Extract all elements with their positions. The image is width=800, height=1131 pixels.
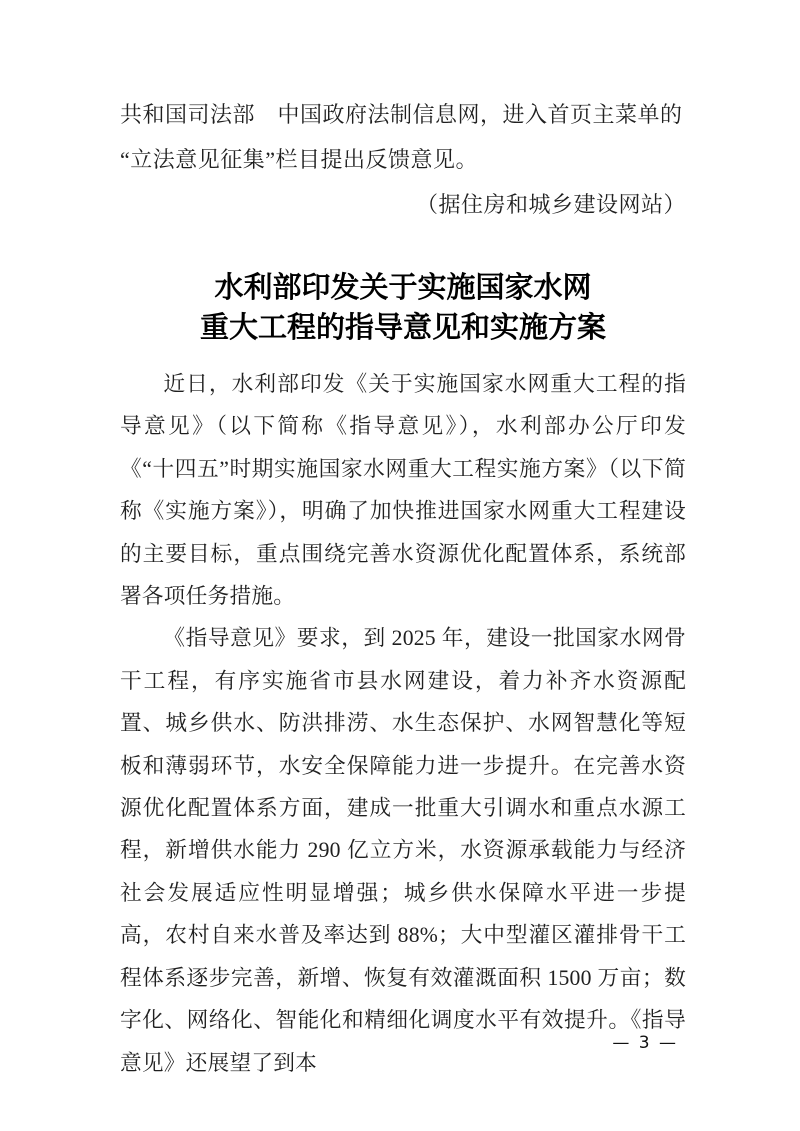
intro-continuation-line-2: “立法意见征集”栏目提出反馈意见。 <box>120 137 686 182</box>
intro-continuation-line-1: 共和国司法部 中国政府法制信息网，进入首页主菜单的 <box>120 92 686 137</box>
page-number: — 3 — <box>612 1032 678 1054</box>
document-page: 共和国司法部 中国政府法制信息网，进入首页主菜单的 “立法意见征集”栏目提出反馈… <box>0 0 800 1131</box>
article-title-line-1: 水利部印发关于实施国家水网 <box>120 267 686 307</box>
article-paragraph-2: 《指导意见》要求，到 2025 年，建设一批国家水网骨干工程，有序实施省市县水网… <box>120 617 686 1083</box>
source-attribution: （据住房和城乡建设网站） <box>120 182 686 227</box>
article-title-line-2: 重大工程的指导意见和实施方案 <box>120 307 686 347</box>
article-title: 水利部印发关于实施国家水网 重大工程的指导意见和实施方案 <box>120 267 686 347</box>
document-content: 共和国司法部 中国政府法制信息网，进入首页主菜单的 “立法意见征集”栏目提出反馈… <box>120 92 686 1084</box>
article-paragraph-1: 近日，水利部印发《关于实施国家水网重大工程的指导意见》（以下简称《指导意见》），… <box>120 363 686 617</box>
